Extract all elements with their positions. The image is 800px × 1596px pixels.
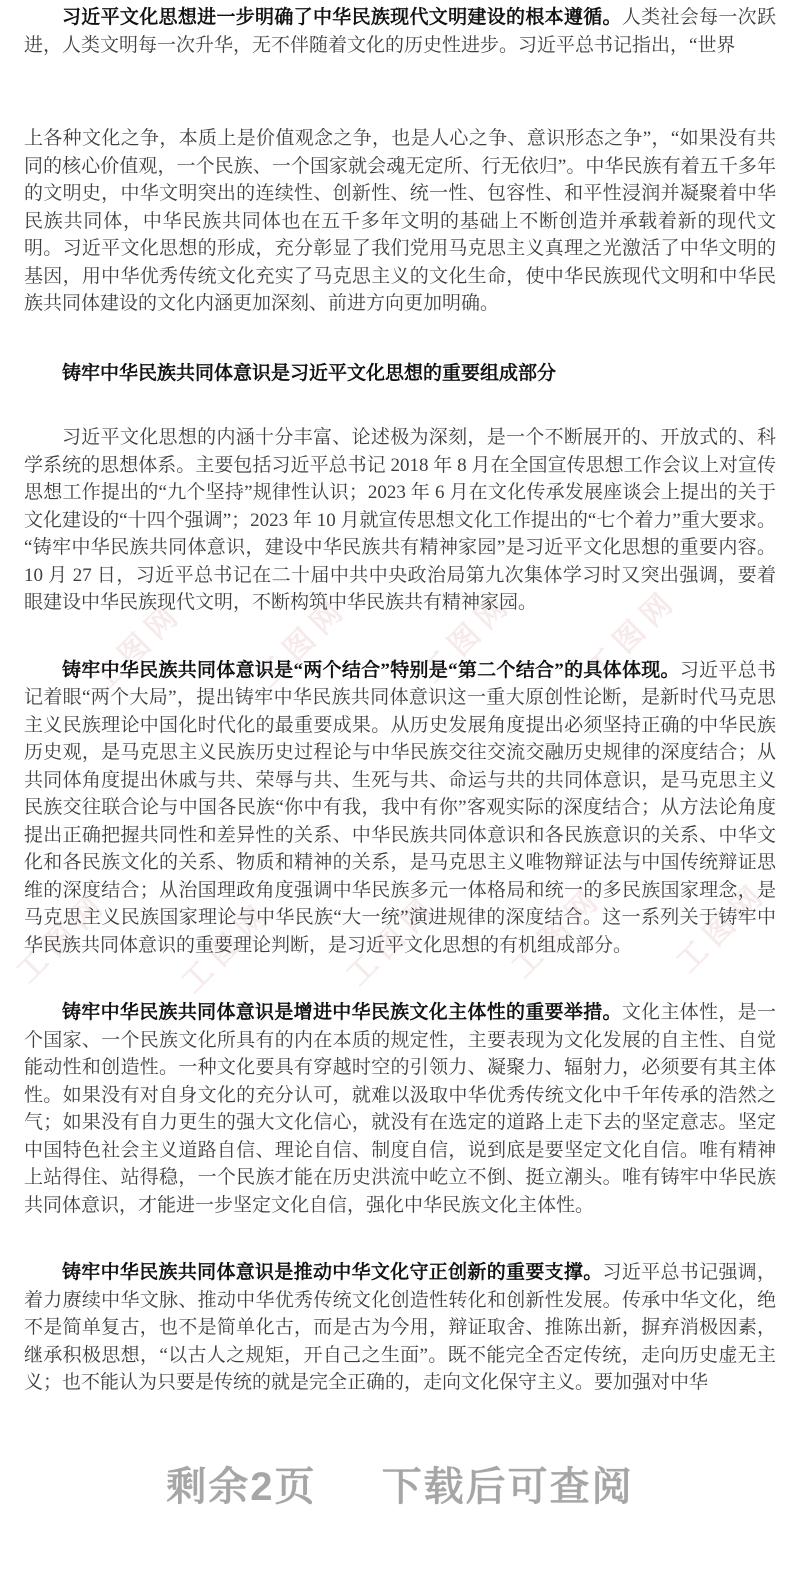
paragraph-cultural-subjectivity-text: 文化主体性，是一个国家、一个民族文化所具有的内在本质的规定性，主要表现为文化发展… bbox=[24, 1002, 776, 1216]
paragraph-innovation-support-bold: 铸牢中华民族共同体意识是推动中华文化守正创新的重要支撑。 bbox=[62, 1262, 603, 1283]
paragraph-two-combines: 铸牢中华民族共同体意识是“两个结合”特别是“第二个结合”的具体体现。习近平总书记… bbox=[24, 657, 776, 960]
document-page: 工图网工图网工图网工图网工图网工图网工图网工图网工图网 习近平文化思想进一步明确… bbox=[0, 0, 800, 1596]
page-break-gap bbox=[0, 59, 800, 125]
paragraph-lead-bold: 习近平文化思想进一步明确了中华民族现代文明建设的根本遵循。 bbox=[62, 7, 622, 28]
document-content: 习近平文化思想进一步明确了中华民族现代文明建设的根本遵循。人类社会每一次跃进，人… bbox=[0, 0, 800, 1509]
paragraph-cultural-subjectivity-bold: 铸牢中华民族共同体意识是增进中华民族文化主体性的重要举措。 bbox=[62, 1002, 622, 1023]
paragraph-innovation-support: 铸牢中华民族共同体意识是推动中华文化守正创新的重要支撑。习近平总书记强调，着力赓… bbox=[24, 1259, 776, 1397]
paragraph-overview: 习近平文化思想的内涵十分丰富、论述极为深刻，是一个不断展开的、开放式的、科学系统… bbox=[24, 424, 776, 617]
pages-remaining-label: 剩余2页 bbox=[166, 1465, 316, 1509]
paragraph-cultural-subjectivity: 铸牢中华民族共同体意识是增进中华民族文化主体性的重要举措。文化主体性，是一个国家… bbox=[24, 999, 776, 1219]
paragraph-two-combines-bold: 铸牢中华民族共同体意识是“两个结合”特别是“第二个结合”的具体体现。 bbox=[62, 660, 680, 681]
section-heading: 铸牢中华民族共同体意识是习近平文化思想的重要组成部分 bbox=[24, 360, 776, 388]
paragraph-two-combines-text: 习近平总书记着眼“两个大局”，提出铸牢中华民族共同体意识这一重大原创性论断，是新… bbox=[24, 660, 776, 956]
paragraph-lead: 习近平文化思想进一步明确了中华民族现代文明建设的根本遵循。人类社会每一次跃进，人… bbox=[24, 0, 776, 59]
download-hint-label: 下载后可查阅 bbox=[382, 1465, 634, 1509]
paragraph-lead-continued: 上各种文化之争，本质上是价值观念之争，也是人心之争、意识形态之争”，“如果没有共… bbox=[24, 125, 776, 318]
pages-remaining-notice: 剩余2页 下载后可查阅 bbox=[0, 1465, 800, 1509]
